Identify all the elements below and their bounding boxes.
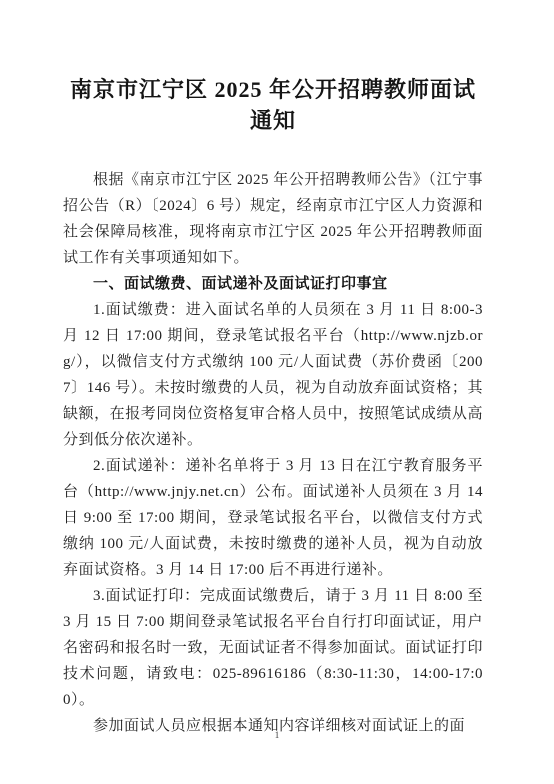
- section-heading-1: 一、面试缴费、面试递补及面试证打印事宜: [63, 271, 483, 297]
- paragraph-item-2-replacement: 2.面试递补：递补名单将于 3 月 13 日在江宁教育服务平台（http://w…: [63, 453, 483, 583]
- paragraph-intro: 根据《南京市江宁区 2025 年公开招聘教师公告》（江宁事招公告（R）〔2024…: [63, 167, 483, 271]
- paragraph-item-3-print: 3.面试证打印：完成面试缴费后，请于 3 月 11 日 8:00 至 3 月 1…: [63, 583, 483, 713]
- document-content: 南京市江宁区 2025 年公开招聘教师面试通知 根据《南京市江宁区 2025 年…: [63, 74, 483, 739]
- page-number: 1: [0, 730, 554, 740]
- document-title: 南京市江宁区 2025 年公开招聘教师面试通知: [63, 74, 483, 136]
- document-page: 南京市江宁区 2025 年公开招聘教师面试通知 根据《南京市江宁区 2025 年…: [0, 0, 554, 784]
- paragraph-item-1-fee: 1.面试缴费：进入面试名单的人员须在 3 月 11 日 8:00-3 月 12 …: [63, 297, 483, 453]
